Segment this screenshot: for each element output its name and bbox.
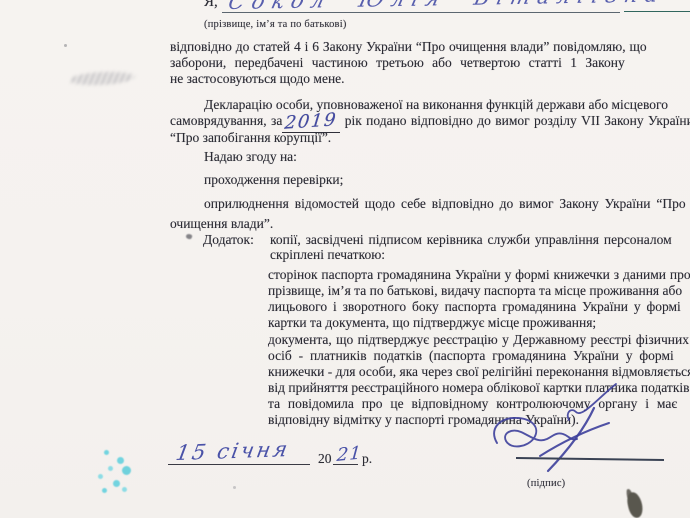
handwritten-year: 2019 bbox=[284, 112, 338, 131]
attachment-item-2-line-1: документа, що підтверджує реєстрацію у Д… bbox=[268, 332, 689, 347]
consent-item-2-line-2: очищення влади”. bbox=[170, 216, 273, 231]
compliance-line-1: відповідно до статей 4 і 6 Закону Україн… bbox=[170, 39, 647, 54]
attachment-item-2-line-4: від прийняття реєстраційного номера облі… bbox=[268, 380, 690, 395]
date-underline bbox=[168, 464, 310, 465]
attachment-item-1-line-2: прізвище, ім’я та по батькові, видачу па… bbox=[268, 283, 682, 298]
attachment-item-2-line-2: осіб - платників податків (паспорта гром… bbox=[268, 348, 674, 363]
attachment-item-2-line-3: книжечки - для особи, яка через свої рел… bbox=[268, 364, 690, 379]
compliance-line-3: не застосовуються щодо мене. bbox=[170, 71, 345, 86]
handwritten-date: 15 січня bbox=[174, 437, 292, 465]
year-underline bbox=[333, 464, 358, 465]
attachment-intro-line-2: скріплені печаткою: bbox=[270, 247, 385, 262]
signature-scribble bbox=[485, 383, 625, 478]
name-underline bbox=[222, 12, 620, 13]
attachment-label: Додаток: bbox=[203, 232, 254, 247]
consent-item-1: проходження перевірки; bbox=[204, 172, 343, 187]
declarant-prefix: Я, bbox=[204, 0, 218, 10]
consent-intro: Надаю згоду на: bbox=[204, 149, 297, 164]
dark-blob bbox=[625, 491, 644, 518]
attachment-item-1-line-3: лицьового і зворотного боку паспорта гро… bbox=[268, 299, 681, 314]
name-underline-right bbox=[624, 11, 690, 12]
small-speck-top bbox=[64, 44, 67, 47]
date-year-unit: р. bbox=[362, 451, 372, 466]
dark-speck bbox=[185, 233, 192, 240]
declaration-line-2-after: рік подано відповідно до вимог розділу V… bbox=[345, 113, 690, 128]
date-year-prefix: 20 bbox=[318, 451, 332, 466]
attachment-intro-line-1: копії, засвідчені підписом керівника слу… bbox=[270, 232, 672, 247]
gray-smudge bbox=[67, 71, 136, 86]
consent-item-2-line-1: оприлюднення відомостей щодо себе відпов… bbox=[204, 196, 686, 211]
declaration-line-3: “Про запобігання корупції”. bbox=[170, 130, 331, 145]
attachment-item-1-line-1: сторінок паспорта громадянина України у … bbox=[268, 267, 690, 282]
name-caption: (прізвище, ім’я та по батькові) bbox=[204, 17, 347, 32]
handwritten-year-digits: 21 bbox=[336, 443, 363, 466]
small-speck-bottom bbox=[233, 486, 236, 489]
scanned-declaration-page: Я, Сокол Юлія Віталіївна (прізвище, ім’я… bbox=[0, 0, 690, 518]
declaration-line-2-before: самоврядування, за bbox=[170, 113, 282, 128]
compliance-line-2: заборони, передбачені частиною третьою а… bbox=[170, 55, 625, 70]
declaration-line-1: Декларацію особи, уповноваженої на викон… bbox=[204, 97, 668, 112]
attachment-item-1-line-4: картки та документа, що підтверджує місц… bbox=[268, 315, 596, 330]
ink-splatter bbox=[104, 450, 109, 455]
signature-caption: (підпис) bbox=[527, 476, 565, 491]
